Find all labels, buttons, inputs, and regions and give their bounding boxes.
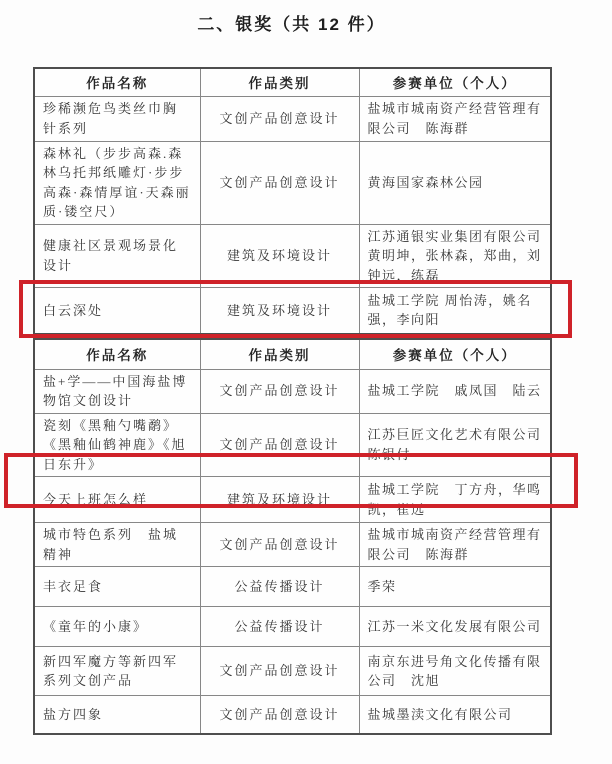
- category-cell: 文创产品创意设计: [200, 647, 359, 696]
- category-cell: 文创产品创意设计: [200, 696, 359, 734]
- table-row: 城市特色系列 盐城精神文创产品创意设计盐城市城南资产经营管理有限公司 陈海群: [34, 523, 551, 567]
- unit-cell: 盐城工学院 丁方舟，华鸣凯，崔远: [359, 477, 551, 523]
- category-cell: 建筑及环境设计: [200, 224, 359, 288]
- column-header: 参赛单位（个人）: [359, 339, 551, 369]
- column-header: 作品类别: [200, 339, 359, 369]
- table-row: 森林礼（步步高森.森林乌托邦纸雕灯·步步高森·森情厚谊·天森丽质·镂空尺）文创产…: [34, 141, 551, 224]
- column-header: 参赛单位（个人）: [359, 68, 551, 96]
- work-name-cell: 健康社区景观场景化设计: [34, 224, 200, 288]
- unit-cell: 江苏一米文化发展有限公司: [359, 607, 551, 647]
- unit-cell: 江苏巨匠文化艺术有限公司 陈银付: [359, 413, 551, 477]
- work-name-cell: 丰衣足食: [34, 567, 200, 607]
- document-page: 二、银奖（共 12 件） 作品名称作品类别参赛单位（个人） 珍稀濒危鸟类丝巾胸针…: [0, 0, 612, 764]
- table-row: 《童年的小康》公益传播设计江苏一米文化发展有限公司: [34, 607, 551, 647]
- unit-cell: 盐城工学院 戚凤国 陆云: [359, 369, 551, 413]
- work-name-cell: 今天上班怎么样: [34, 477, 200, 523]
- table-row: 丰衣足食公益传播设计季荣: [34, 567, 551, 607]
- work-name-cell: 新四军魔方等新四军系列文创产品: [34, 647, 200, 696]
- table-row: 盐+学——中国海盐博物馆文创设计文创产品创意设计盐城工学院 戚凤国 陆云: [34, 369, 551, 413]
- table-row: 珍稀濒危鸟类丝巾胸针系列文创产品创意设计盐城市城南资产经营管理有限公司 陈海群: [34, 96, 551, 141]
- unit-cell: 盐城工学院 周怡涛，姚名强，李向阳: [359, 288, 551, 334]
- table-row-highlighted: 今天上班怎么样建筑及环境设计盐城工学院 丁方舟，华鸣凯，崔远: [34, 477, 551, 523]
- unit-cell: 季荣: [359, 567, 551, 607]
- unit-cell: 盐城市城南资产经营管理有限公司 陈海群: [359, 523, 551, 567]
- category-cell: 文创产品创意设计: [200, 523, 359, 567]
- unit-cell: 盐城墨渎文化有限公司: [359, 696, 551, 734]
- unit-cell: 黄海国家森林公园: [359, 141, 551, 224]
- category-cell: 建筑及环境设计: [200, 477, 359, 523]
- work-name-cell: 盐方四象: [34, 696, 200, 734]
- table-row-highlighted: 白云深处建筑及环境设计盐城工学院 周怡涛，姚名强，李向阳: [34, 288, 551, 334]
- column-header: 作品名称: [34, 339, 200, 369]
- table-row: 盐方四象文创产品创意设计盐城墨渎文化有限公司: [34, 696, 551, 734]
- work-name-cell: 瓷刻《黑釉勺嘴鹬》《黑釉仙鹤神鹿》《旭日东升》: [34, 413, 200, 477]
- unit-cell: 江苏通银实业集团有限公司 黄明坤，张林森，郑曲，刘钟远，练磊: [359, 224, 551, 288]
- work-name-cell: 《童年的小康》: [34, 607, 200, 647]
- work-name-cell: 森林礼（步步高森.森林乌托邦纸雕灯·步步高森·森情厚谊·天森丽质·镂空尺）: [34, 141, 200, 224]
- work-name-cell: 白云深处: [34, 288, 200, 334]
- category-cell: 建筑及环境设计: [200, 288, 359, 334]
- table-row: 健康社区景观场景化设计建筑及环境设计江苏通银实业集团有限公司 黄明坤，张林森，郑…: [34, 224, 551, 288]
- category-cell: 公益传播设计: [200, 607, 359, 647]
- table-header-row: 作品名称作品类别参赛单位（个人）: [34, 339, 551, 369]
- column-header: 作品名称: [34, 68, 200, 96]
- table-header-row: 作品名称作品类别参赛单位（个人）: [34, 68, 551, 96]
- column-header: 作品类别: [200, 68, 359, 96]
- category-cell: 文创产品创意设计: [200, 413, 359, 477]
- unit-cell: 盐城市城南资产经营管理有限公司 陈海群: [359, 96, 551, 141]
- category-cell: 文创产品创意设计: [200, 369, 359, 413]
- awards-table-1: 作品名称作品类别参赛单位（个人） 珍稀濒危鸟类丝巾胸针系列文创产品创意设计盐城市…: [33, 67, 552, 335]
- work-name-cell: 盐+学——中国海盐博物馆文创设计: [34, 369, 200, 413]
- category-cell: 文创产品创意设计: [200, 96, 359, 141]
- awards-table-2: 作品名称作品类别参赛单位（个人） 盐+学——中国海盐博物馆文创设计文创产品创意设…: [33, 338, 552, 735]
- category-cell: 公益传播设计: [200, 567, 359, 607]
- table-row: 瓷刻《黑釉勺嘴鹬》《黑釉仙鹤神鹿》《旭日东升》文创产品创意设计江苏巨匠文化艺术有…: [34, 413, 551, 477]
- page-title: 二、银奖（共 12 件）: [33, 10, 550, 35]
- category-cell: 文创产品创意设计: [200, 141, 359, 224]
- table-row: 新四军魔方等新四军系列文创产品文创产品创意设计南京东进号角文化传播有限公司 沈旭: [34, 647, 551, 696]
- unit-cell: 南京东进号角文化传播有限公司 沈旭: [359, 647, 551, 696]
- work-name-cell: 城市特色系列 盐城精神: [34, 523, 200, 567]
- work-name-cell: 珍稀濒危鸟类丝巾胸针系列: [34, 96, 200, 141]
